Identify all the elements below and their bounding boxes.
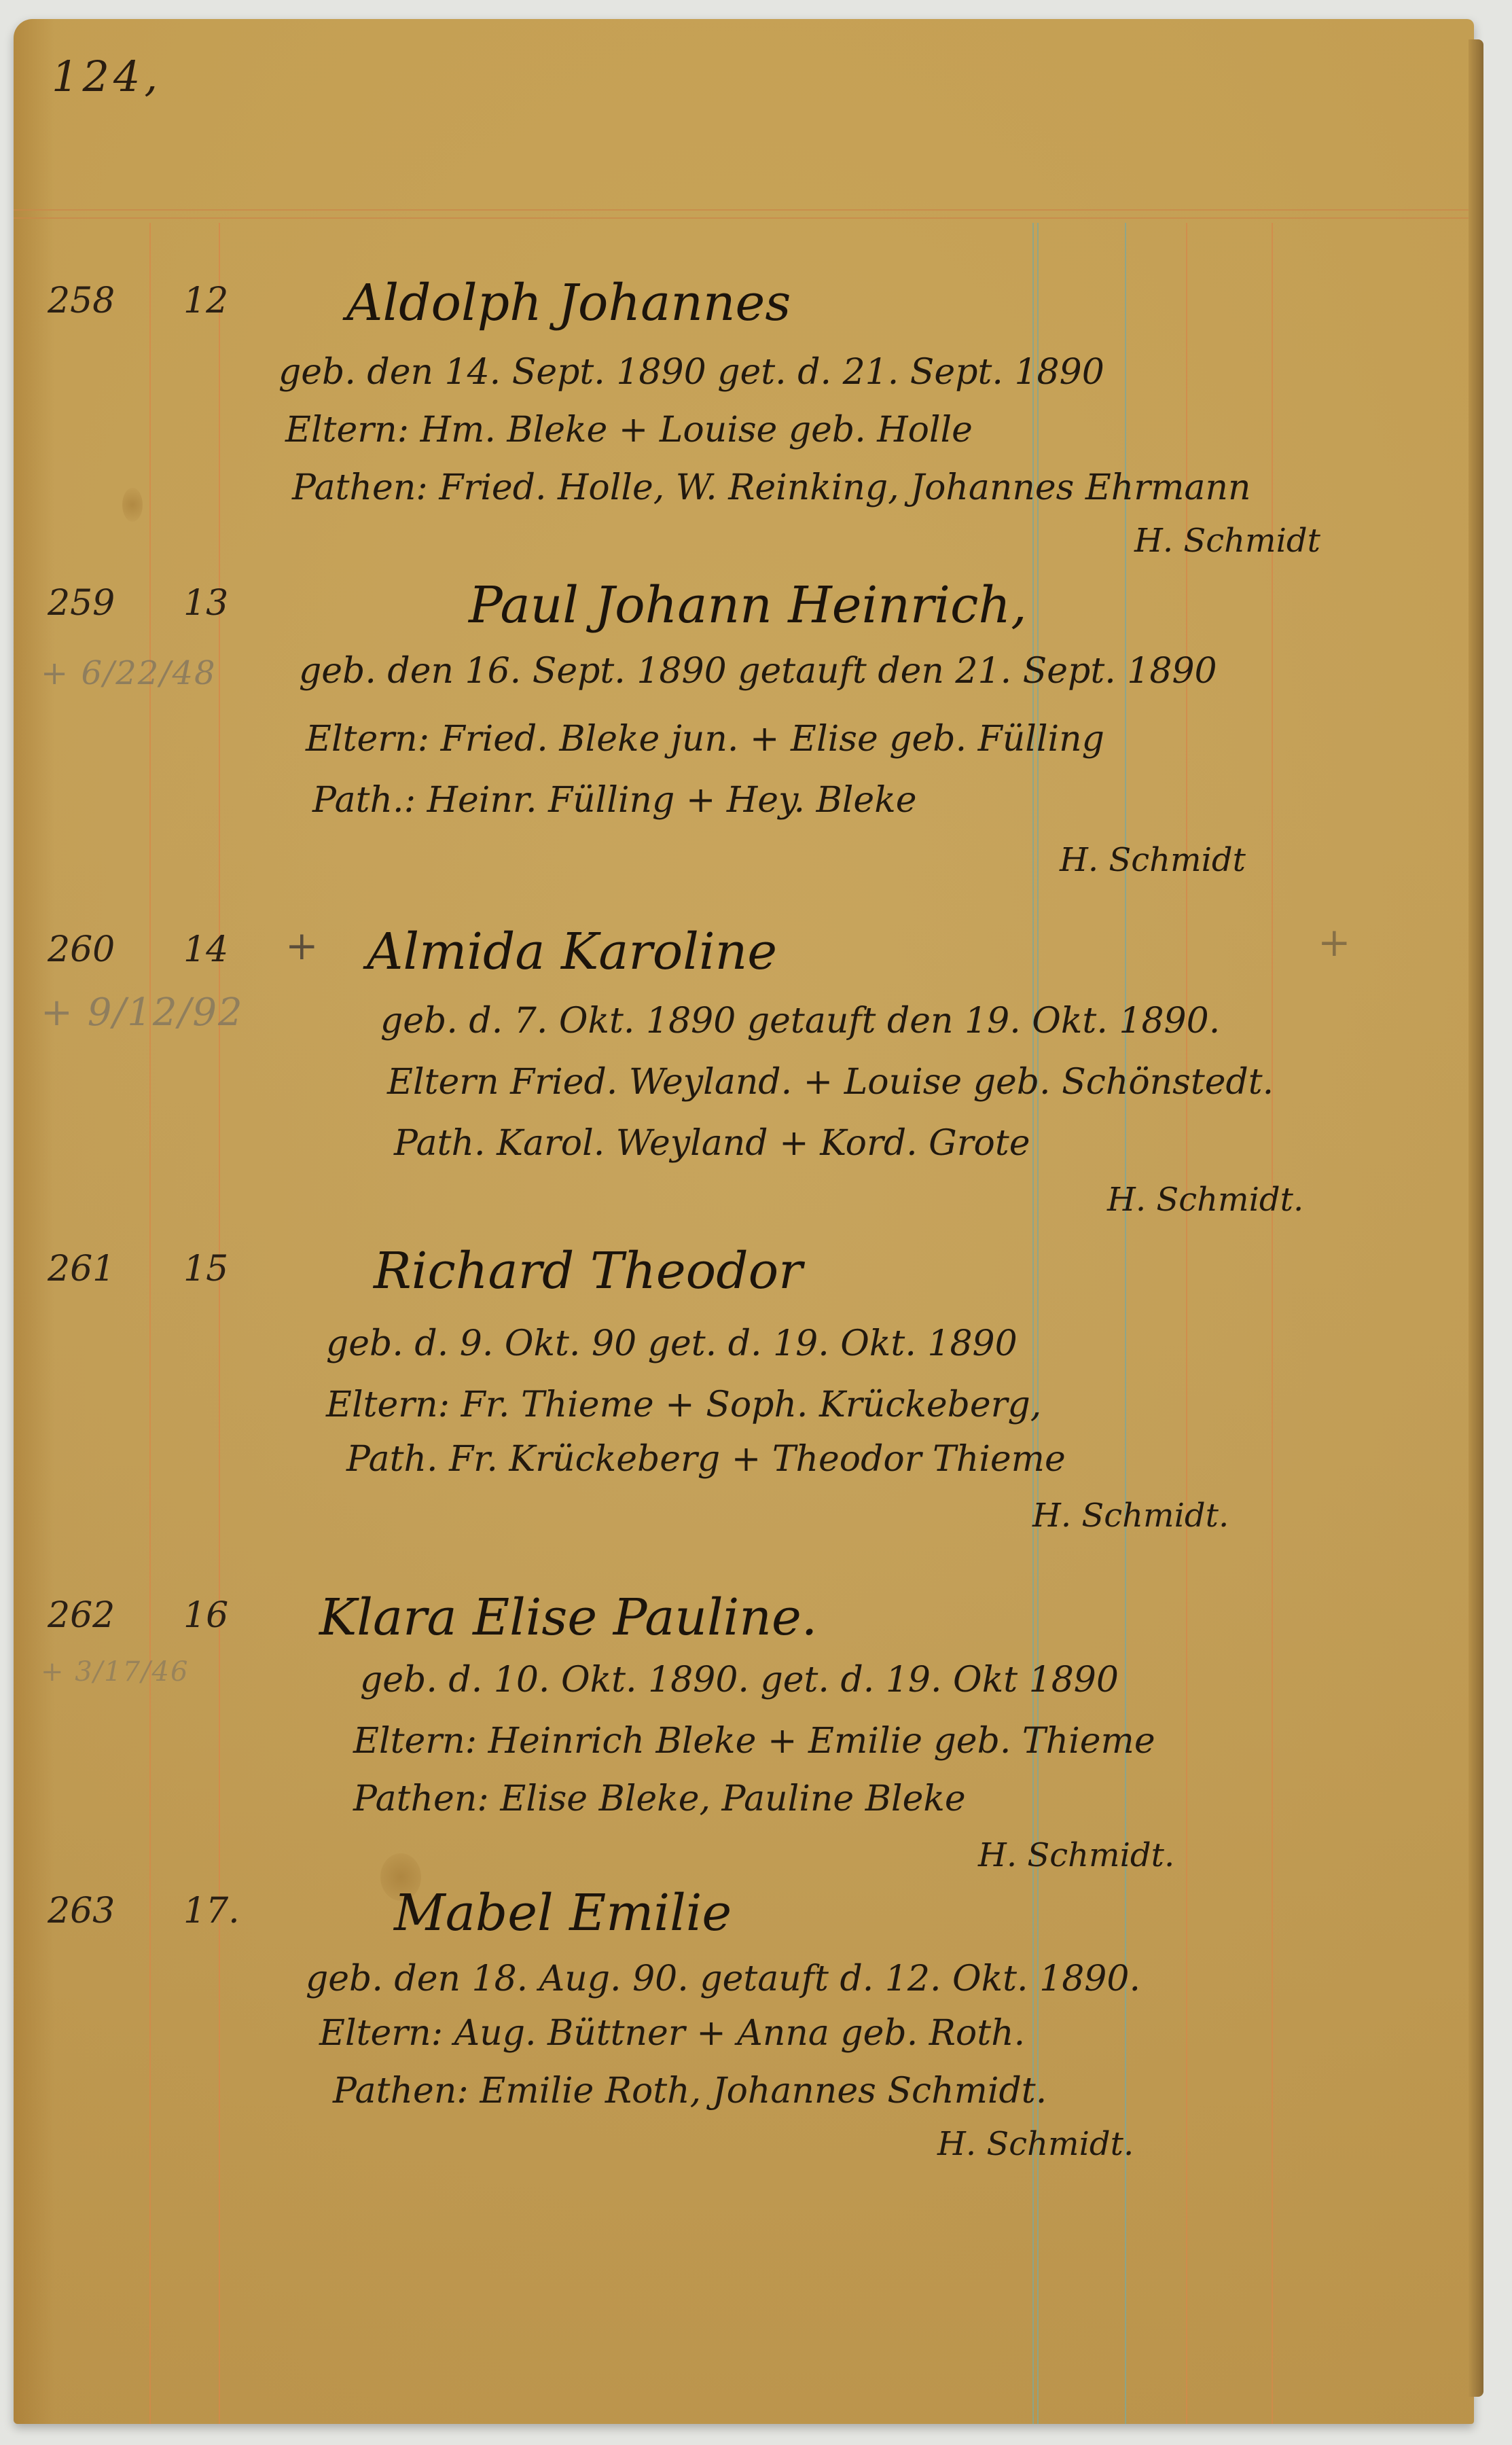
- pastor-signature: H. Schmidt: [1060, 841, 1246, 879]
- sequence-number: 12: [183, 281, 228, 321]
- register-number: 258: [48, 281, 115, 321]
- parents: Eltern Fried. Weyland. + Louise geb. Sch…: [387, 1062, 1274, 1103]
- child-name: Almida Karoline: [367, 923, 777, 981]
- deceased-cross-icon: +: [1318, 919, 1351, 965]
- child-name: Mabel Emilie: [394, 1884, 732, 1942]
- parents: Eltern: Heinrich Bleke + Emilie geb. Thi…: [353, 1721, 1155, 1762]
- birth-baptism-dates: geb. den 14. Sept. 1890 get. d. 21. Sept…: [278, 352, 1104, 393]
- pastor-signature: H. Schmidt.: [1107, 1181, 1303, 1219]
- column-rule-green-3: [1125, 223, 1126, 2424]
- sequence-number: 17.: [183, 1891, 240, 1931]
- birth-baptism-dates: geb. den 18. Aug. 90. getauft d. 12. Okt…: [306, 1959, 1140, 1999]
- parents: Eltern: Aug. Büttner + Anna geb. Roth.: [319, 2013, 1025, 2054]
- child-name: Richard Theodor: [374, 1242, 803, 1300]
- register-number: 259: [48, 583, 115, 624]
- page-number: 124,: [52, 52, 162, 101]
- sponsors: Path. Karol. Weyland + Kord. Grote: [394, 1123, 1030, 1164]
- register-number: 260: [48, 929, 115, 970]
- register-page: 124, 258 12 Aldolph Johannes geb. den 14…: [14, 19, 1474, 2424]
- header-rule-top: [14, 209, 1474, 211]
- header-rule-bottom: [14, 217, 1474, 219]
- paper-stain: [122, 488, 143, 522]
- birth-baptism-dates: geb. d. 10. Okt. 1890. get. d. 19. Okt 1…: [360, 1660, 1119, 1700]
- sequence-number: 16: [183, 1595, 228, 1636]
- parents: Eltern: Fr. Thieme + Soph. Krückeberg,: [326, 1385, 1041, 1425]
- birth-baptism-dates: geb. d. 7. Okt. 1890 getauft den 19. Okt…: [380, 1001, 1220, 1041]
- column-rule-register: [149, 223, 151, 2424]
- column-rule-sequence: [219, 223, 220, 2424]
- death-date-note: + 3/17/46: [41, 1656, 189, 1688]
- birth-baptism-dates: geb. den 16. Sept. 1890 getauft den 21. …: [299, 651, 1217, 692]
- death-date-note: + 9/12/92: [41, 991, 244, 1035]
- pastor-signature: H. Schmidt: [1134, 522, 1320, 560]
- sequence-number: 13: [183, 583, 228, 624]
- register-number: 263: [48, 1891, 115, 1931]
- parents: Eltern: Fried. Bleke jun. + Elise geb. F…: [306, 719, 1104, 760]
- child-name: Aldolph Johannes: [346, 274, 791, 332]
- sequence-number: 15: [183, 1249, 228, 1289]
- child-name: Klara Elise Pauline.: [319, 1588, 817, 1647]
- sponsors: Path. Fr. Krückeberg + Theodor Thieme: [346, 1439, 1066, 1480]
- sponsors: Pathen: Elise Bleke, Pauline Bleke: [353, 1779, 966, 1819]
- deceased-cross-icon: +: [285, 923, 319, 969]
- pastor-signature: H. Schmidt.: [978, 1836, 1174, 1874]
- death-date-note: + 6/22/48: [41, 654, 217, 692]
- sponsors: Path.: Heinr. Fülling + Hey. Bleke: [312, 780, 916, 821]
- parents: Eltern: Hm. Bleke + Louise geb. Holle: [285, 410, 973, 450]
- child-name: Paul Johann Heinrich,: [469, 576, 1027, 635]
- sponsors: Pathen: Fried. Holle, W. Reinking, Johan…: [292, 467, 1250, 508]
- birth-baptism-dates: geb. d. 9. Okt. 90 get. d. 19. Okt. 1890: [326, 1323, 1018, 1364]
- pastor-signature: H. Schmidt.: [937, 2125, 1134, 2163]
- register-number: 261: [48, 1249, 115, 1289]
- pastor-signature: H. Schmidt.: [1032, 1497, 1229, 1535]
- register-number: 262: [48, 1595, 115, 1636]
- sequence-number: 14: [183, 929, 228, 970]
- sponsors: Pathen: Emilie Roth, Johannes Schmidt.: [333, 2071, 1047, 2111]
